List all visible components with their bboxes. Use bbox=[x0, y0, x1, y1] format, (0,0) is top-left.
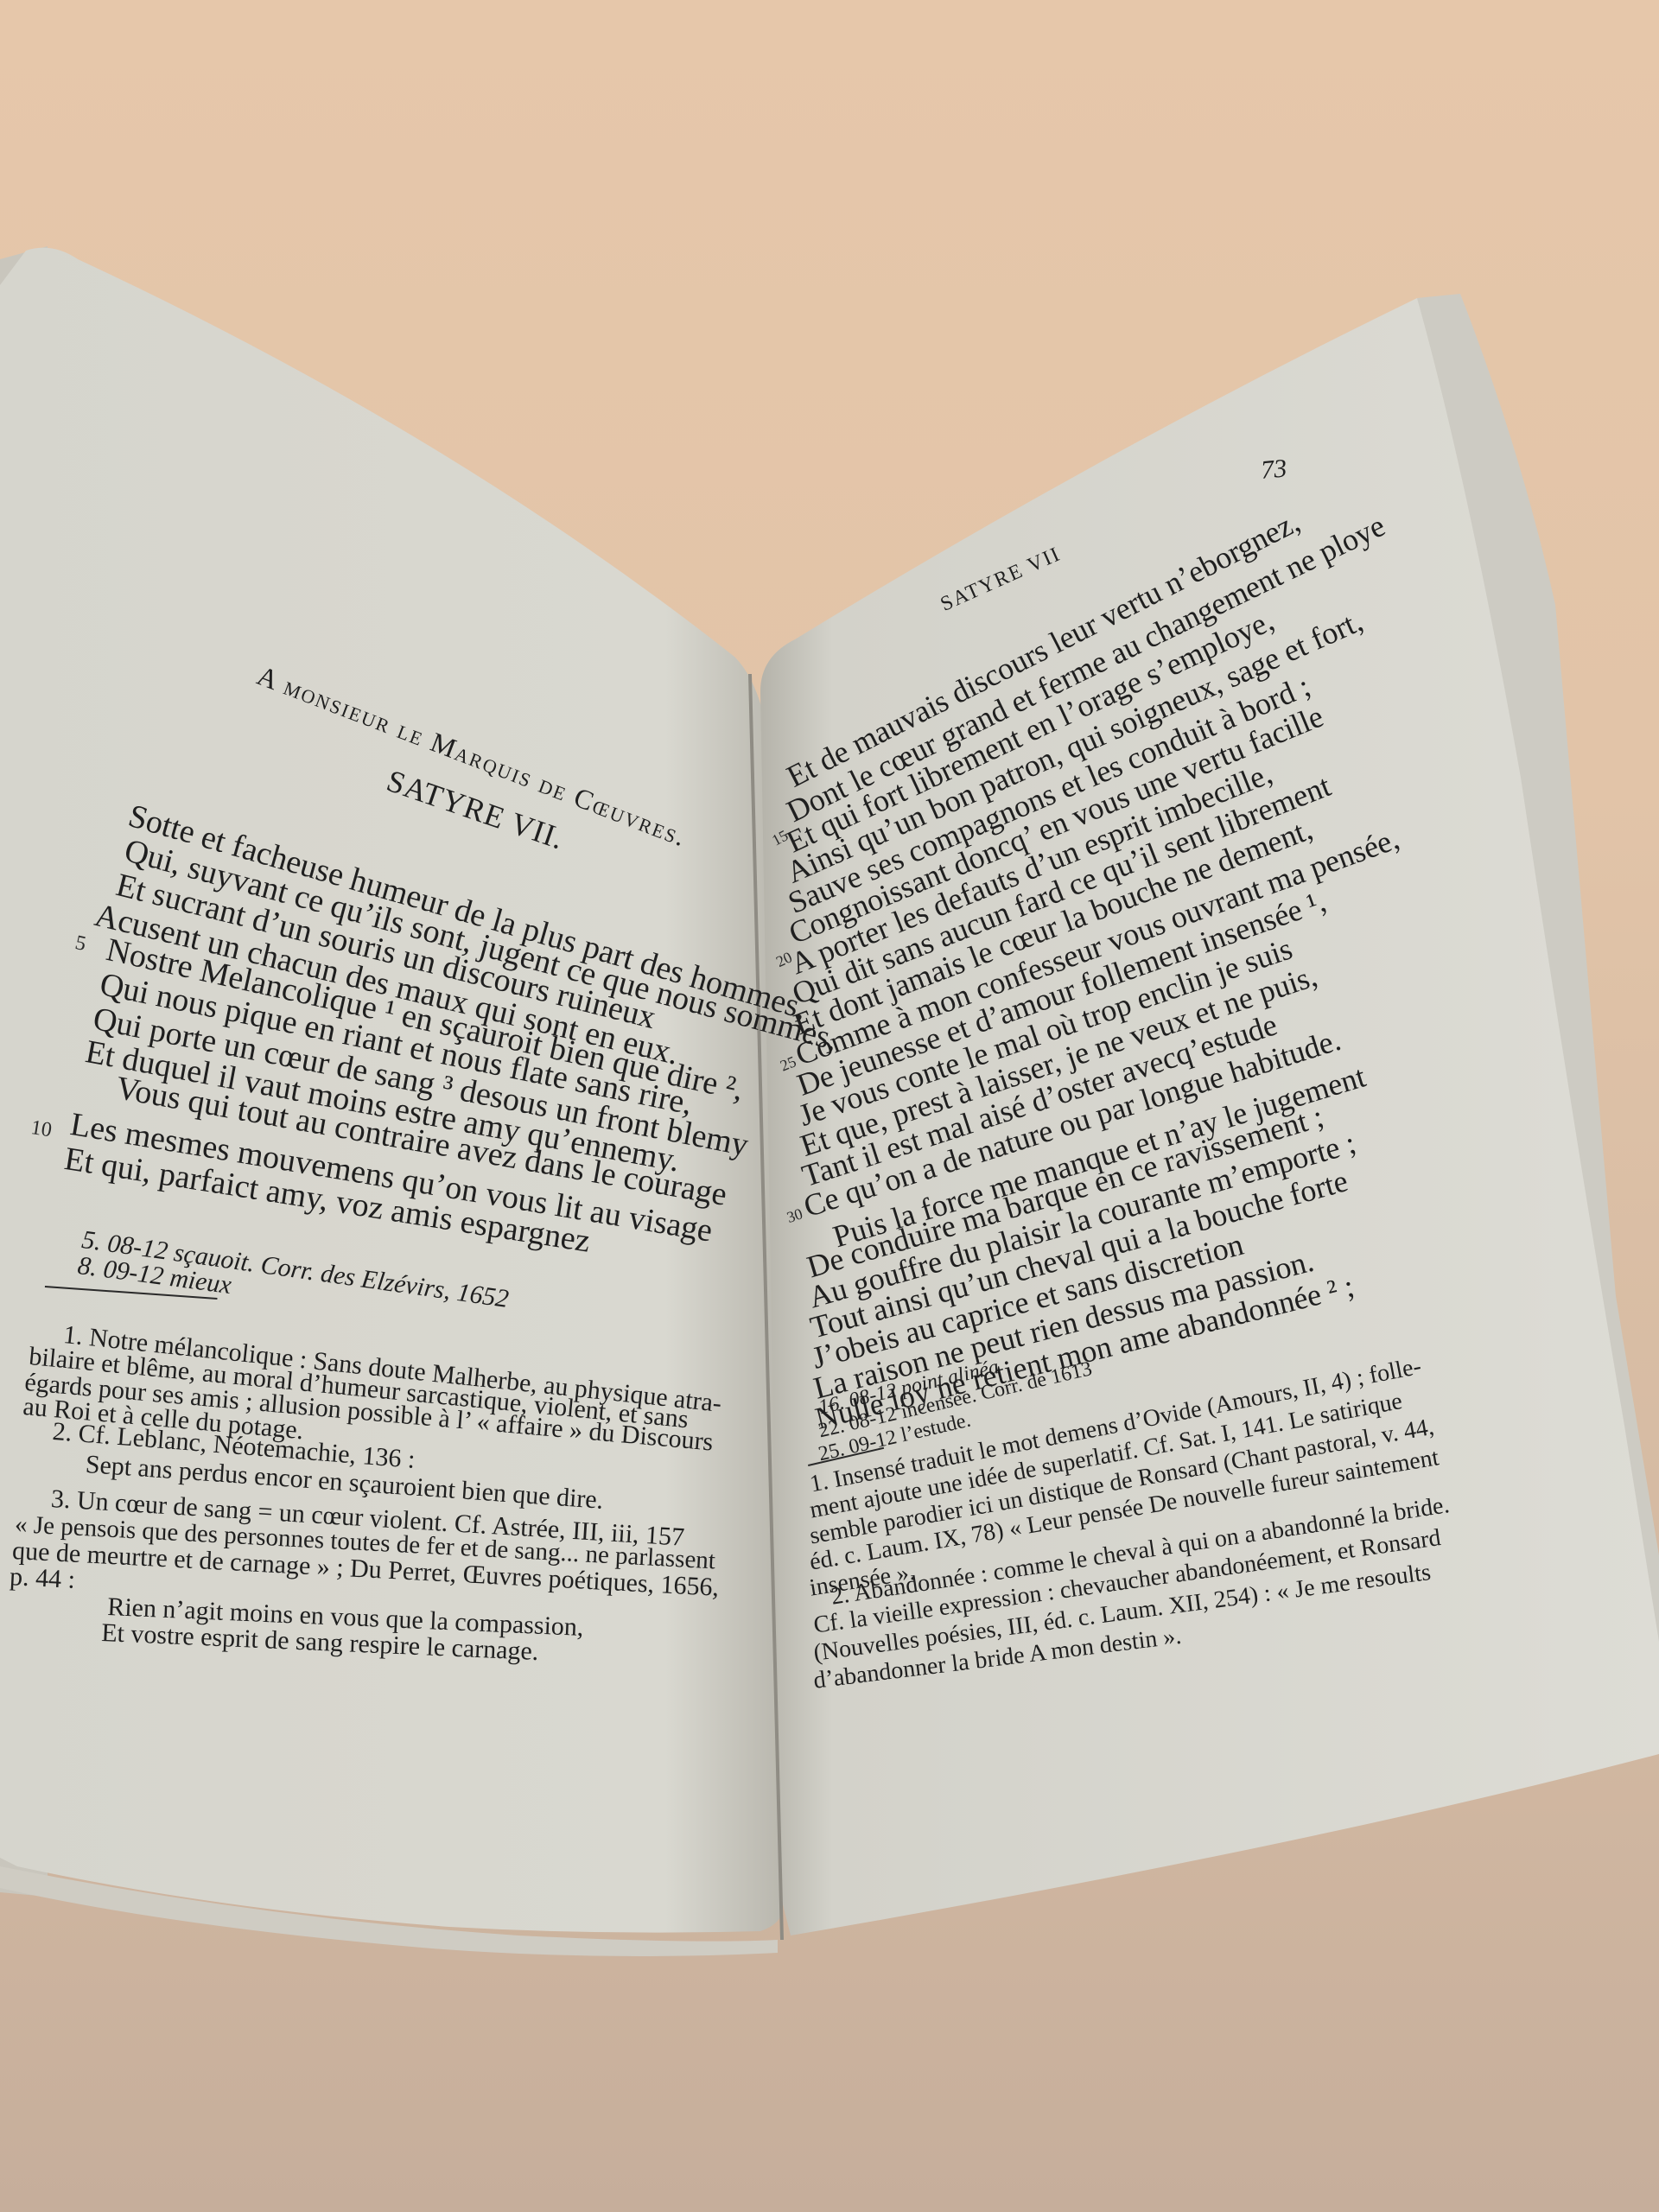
line-number: 10 bbox=[29, 1116, 54, 1142]
footnote-line: p. 44 : bbox=[9, 1564, 75, 1593]
page-number: 73 bbox=[1260, 455, 1288, 484]
